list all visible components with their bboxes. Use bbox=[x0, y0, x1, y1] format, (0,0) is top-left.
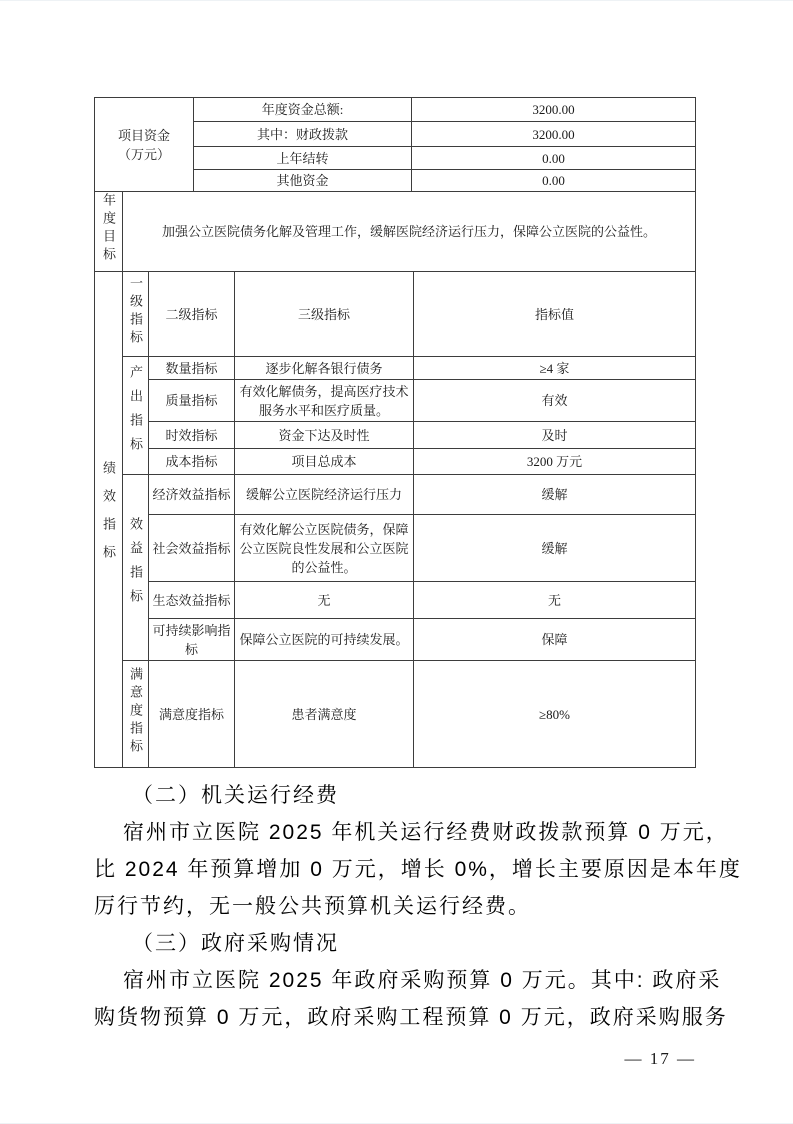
table-row: 产出指标 数量指标 逐步化解各银行债务 ≥4 家 bbox=[95, 357, 696, 380]
page-number: — 17 — bbox=[94, 1049, 698, 1069]
indicator-level3-cell: 有效化解债务，提高医疗技术服务水平和医疗质量。 bbox=[235, 380, 414, 422]
indicator-group-benefit-text: 效益指标 bbox=[129, 517, 142, 613]
indicator-value-cell: ≥80% bbox=[414, 661, 696, 768]
table-row: 时效指标 资金下达及时性 及时 bbox=[95, 422, 696, 449]
indicator-level3-cell: 有效化解公立医院债务，保障公立医院良性发展和公立医院的公益性。 bbox=[235, 515, 414, 582]
performance-side-header-cell: 绩效指标 bbox=[95, 272, 123, 768]
indicator-level2-cell: 可持续影响指标 bbox=[149, 619, 235, 661]
indicator-value-cell: 缓解 bbox=[414, 475, 696, 515]
indicator-value-cell: 缓解 bbox=[414, 515, 696, 582]
body-line: 购货物预算 0 万元，政府采购工程预算 0 万元，政府采购服务 bbox=[94, 999, 698, 1036]
performance-table: 绩效指标 一级指标 二级指标 三级指标 指标值 产出指标 数量指标 逐步化解各银… bbox=[94, 271, 696, 768]
table-row: 质量指标 有效化解债务，提高医疗技术服务水平和医疗质量。 有效 bbox=[95, 380, 696, 422]
body-text: （二）机关运行经费 宿州市立医院 2025 年机关运行经费财政拨款预算 0 万元… bbox=[94, 777, 698, 1036]
col-header-level1: 一级指标 bbox=[129, 276, 142, 348]
indicator-group-satisfaction-cell: 满意度指标 bbox=[123, 661, 149, 768]
funding-category-cell: 项目资金 （万元） bbox=[95, 98, 194, 192]
table-row: 成本指标 项目总成本 3200 万元 bbox=[95, 449, 696, 475]
col-header-level3: 三级指标 bbox=[235, 272, 414, 357]
indicator-level2-cell: 满意度指标 bbox=[149, 661, 235, 768]
table-row: 项目资金 （万元） 年度资金总额: 3200.00 bbox=[95, 98, 696, 122]
indicator-level2-cell: 质量指标 bbox=[149, 380, 235, 422]
table-row: 可持续影响指标 保障公立医院的可持续发展。 保障 bbox=[95, 619, 696, 661]
indicator-level3-cell: 逐步化解各银行债务 bbox=[235, 357, 414, 380]
table-row: 生态效益指标 无 无 bbox=[95, 582, 696, 619]
section-heading: （二）机关运行经费 bbox=[94, 777, 698, 814]
col-header-level1-cell: 一级指标 bbox=[123, 272, 149, 357]
indicator-level3-cell: 项目总成本 bbox=[235, 449, 414, 475]
annual-goal-table: 年度目标 加强公立医院债务化解及管理工作，缓解医院经济运行压力，保障公立医院的公… bbox=[94, 191, 696, 272]
annual-goal-text: 加强公立医院债务化解及管理工作，缓解医院经济运行压力，保障公立医院的公益性。 bbox=[123, 192, 696, 272]
indicator-group-output-cell: 产出指标 bbox=[123, 357, 149, 475]
col-header-value: 指标值 bbox=[414, 272, 696, 357]
indicator-level3-cell: 资金下达及时性 bbox=[235, 422, 414, 449]
funding-label-total: 年度资金总额: bbox=[194, 98, 412, 122]
funding-label-carryover: 上年结转 bbox=[194, 147, 412, 170]
section-heading: （三）政府采购情况 bbox=[94, 925, 698, 962]
indicator-level2-cell: 数量指标 bbox=[149, 357, 235, 380]
table-row: 社会效益指标 有效化解公立医院债务，保障公立医院良性发展和公立医院的公益性。 缓… bbox=[95, 515, 696, 582]
body-line: 比 2024 年预算增加 0 万元，增长 0%，增长主要原因是本年度 bbox=[94, 851, 698, 888]
indicator-value-cell: 3200 万元 bbox=[414, 449, 696, 475]
indicator-level3-cell: 缓解公立医院经济运行压力 bbox=[235, 475, 414, 515]
indicator-group-output-text: 产出指标 bbox=[129, 365, 142, 461]
indicator-value-cell: 及时 bbox=[414, 422, 696, 449]
indicator-level2-cell: 时效指标 bbox=[149, 422, 235, 449]
funding-value-carryover: 0.00 bbox=[412, 147, 696, 170]
indicator-level2-cell: 经济效益指标 bbox=[149, 475, 235, 515]
table-row: 效益指标 经济效益指标 缓解公立医院经济运行压力 缓解 bbox=[95, 475, 696, 515]
indicator-value-cell: 有效 bbox=[414, 380, 696, 422]
annual-goal-header-cell: 年度目标 bbox=[95, 192, 123, 272]
funding-value-fiscal: 3200.00 bbox=[412, 122, 696, 147]
indicator-level3-cell: 保障公立医院的可持续发展。 bbox=[235, 619, 414, 661]
indicator-level3-cell: 患者满意度 bbox=[235, 661, 414, 768]
page-content: 项目资金 （万元） 年度资金总额: 3200.00 其中：财政拨款 3200.0… bbox=[94, 97, 698, 1069]
indicator-value-cell: ≥4 家 bbox=[414, 357, 696, 380]
funding-value-total: 3200.00 bbox=[412, 98, 696, 122]
funding-value-other: 0.00 bbox=[412, 170, 696, 192]
body-line: 宿州市立医院 2025 年机关运行经费财政拨款预算 0 万元， bbox=[94, 814, 698, 851]
funding-label-fiscal: 其中：财政拨款 bbox=[194, 122, 412, 147]
col-header-level2: 二级指标 bbox=[149, 272, 235, 357]
funding-label-other: 其他资金 bbox=[194, 170, 412, 192]
body-line: 宿州市立医院 2025 年政府采购预算 0 万元。其中: 政府采 bbox=[94, 962, 698, 999]
indicator-value-cell: 保障 bbox=[414, 619, 696, 661]
indicator-value-cell: 无 bbox=[414, 582, 696, 619]
table-row: 绩效指标 一级指标 二级指标 三级指标 指标值 bbox=[95, 272, 696, 357]
indicator-level2-cell: 生态效益指标 bbox=[149, 582, 235, 619]
indicator-level2-cell: 社会效益指标 bbox=[149, 515, 235, 582]
annual-goal-header-text: 年度目标 bbox=[102, 193, 115, 265]
body-line: 厉行节约，无一般公共预算机关运行经费。 bbox=[94, 888, 698, 925]
indicator-level2-cell: 成本指标 bbox=[149, 449, 235, 475]
document-page: 项目资金 （万元） 年度资金总额: 3200.00 其中：财政拨款 3200.0… bbox=[0, 0, 793, 1124]
project-funding-table: 项目资金 （万元） 年度资金总额: 3200.00 其中：财政拨款 3200.0… bbox=[94, 97, 696, 192]
indicator-group-benefit-cell: 效益指标 bbox=[123, 475, 149, 661]
performance-side-header-text: 绩效指标 bbox=[102, 461, 115, 573]
indicator-level3-cell: 无 bbox=[235, 582, 414, 619]
table-row: 年度目标 加强公立医院债务化解及管理工作，缓解医院经济运行压力，保障公立医院的公… bbox=[95, 192, 696, 272]
table-row: 满意度指标 满意度指标 患者满意度 ≥80% bbox=[95, 661, 696, 768]
indicator-group-satisfaction-text: 满意度指标 bbox=[129, 667, 142, 757]
